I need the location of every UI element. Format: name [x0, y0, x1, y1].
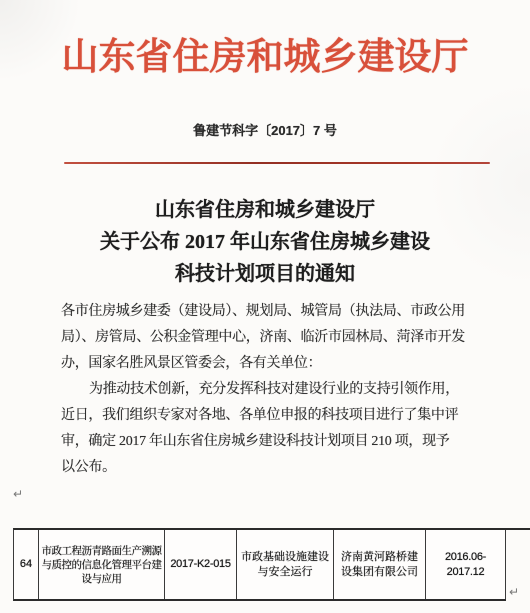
- table-cell-project-name: 市政工程沥青路面生产溯源与质控的信息化管理平台建设与应用: [39, 530, 165, 599]
- addressee-line-3: 办，国家名胜风景区管委会，各有关单位：: [61, 351, 481, 377]
- letterhead-agency-title: 山东省住房和城乡建设厅: [0, 28, 530, 88]
- project-table-row: 64 市政工程沥青路面生产溯源与质控的信息化管理平台建设与应用 2017-K2-…: [13, 528, 506, 601]
- body-paragraph-line-3: 审，确定 2017 年山东省住房城乡建设科技计划项目 210 项，现予: [61, 429, 481, 455]
- table-cell-category: 市政基础设施建设与安全运行: [237, 530, 334, 599]
- addressee-line-2: 局）、房管局、公积金管理中心，济南、临沂市园林局、菏泽市开发: [61, 325, 481, 351]
- table-cell-project-code: 2017-K2-015: [165, 530, 237, 599]
- table-cell-undertaking-unit: 济南黄河路桥建设集团有限公司: [334, 530, 426, 599]
- scanned-document-page: 山东省住房和城乡建设厅 鲁建节科字〔2017〕7 号 山东省住房和城乡建设厅 关…: [0, 0, 530, 613]
- document-reference-number: 鲁建节科字〔2017〕7 号: [0, 121, 530, 141]
- addressee-line-1: 各市住房城乡建委（建设局）、规划局、城管局（执法局、市政公用: [61, 299, 481, 325]
- notice-title-line-3: 科技计划项目的通知: [0, 258, 530, 290]
- paragraph-return-icon: ↵: [13, 488, 23, 500]
- body-paragraph-line-4: 以公布。: [61, 455, 481, 481]
- table-cell-sequence-number: 64: [14, 530, 39, 599]
- table-return-icon: ↵: [509, 586, 519, 598]
- notice-title-line-2: 关于公布 2017 年山东省住房城乡建设: [0, 226, 530, 258]
- notice-body: 各市住房城乡建委（建设局）、规划局、城管局（执法局、市政公用 局）、房管局、公积…: [61, 299, 481, 481]
- notice-title-line-1: 山东省住房和城乡建设厅: [0, 194, 530, 226]
- notice-title: 山东省住房和城乡建设厅 关于公布 2017 年山东省住房城乡建设 科技计划项目的…: [0, 194, 530, 290]
- body-paragraph-line-1: 为推动技术创新，充分发挥科技对建设行业的支持引领作用，: [61, 377, 481, 403]
- table-top-border-bleed: [506, 528, 530, 530]
- body-paragraph-line-2: 近日，我们组织专家对各地、各单位申报的科技项目进行了集中评: [61, 403, 481, 429]
- red-divider-line: [64, 162, 490, 164]
- table-cell-project-period: 2016.06-2017.12: [426, 530, 506, 599]
